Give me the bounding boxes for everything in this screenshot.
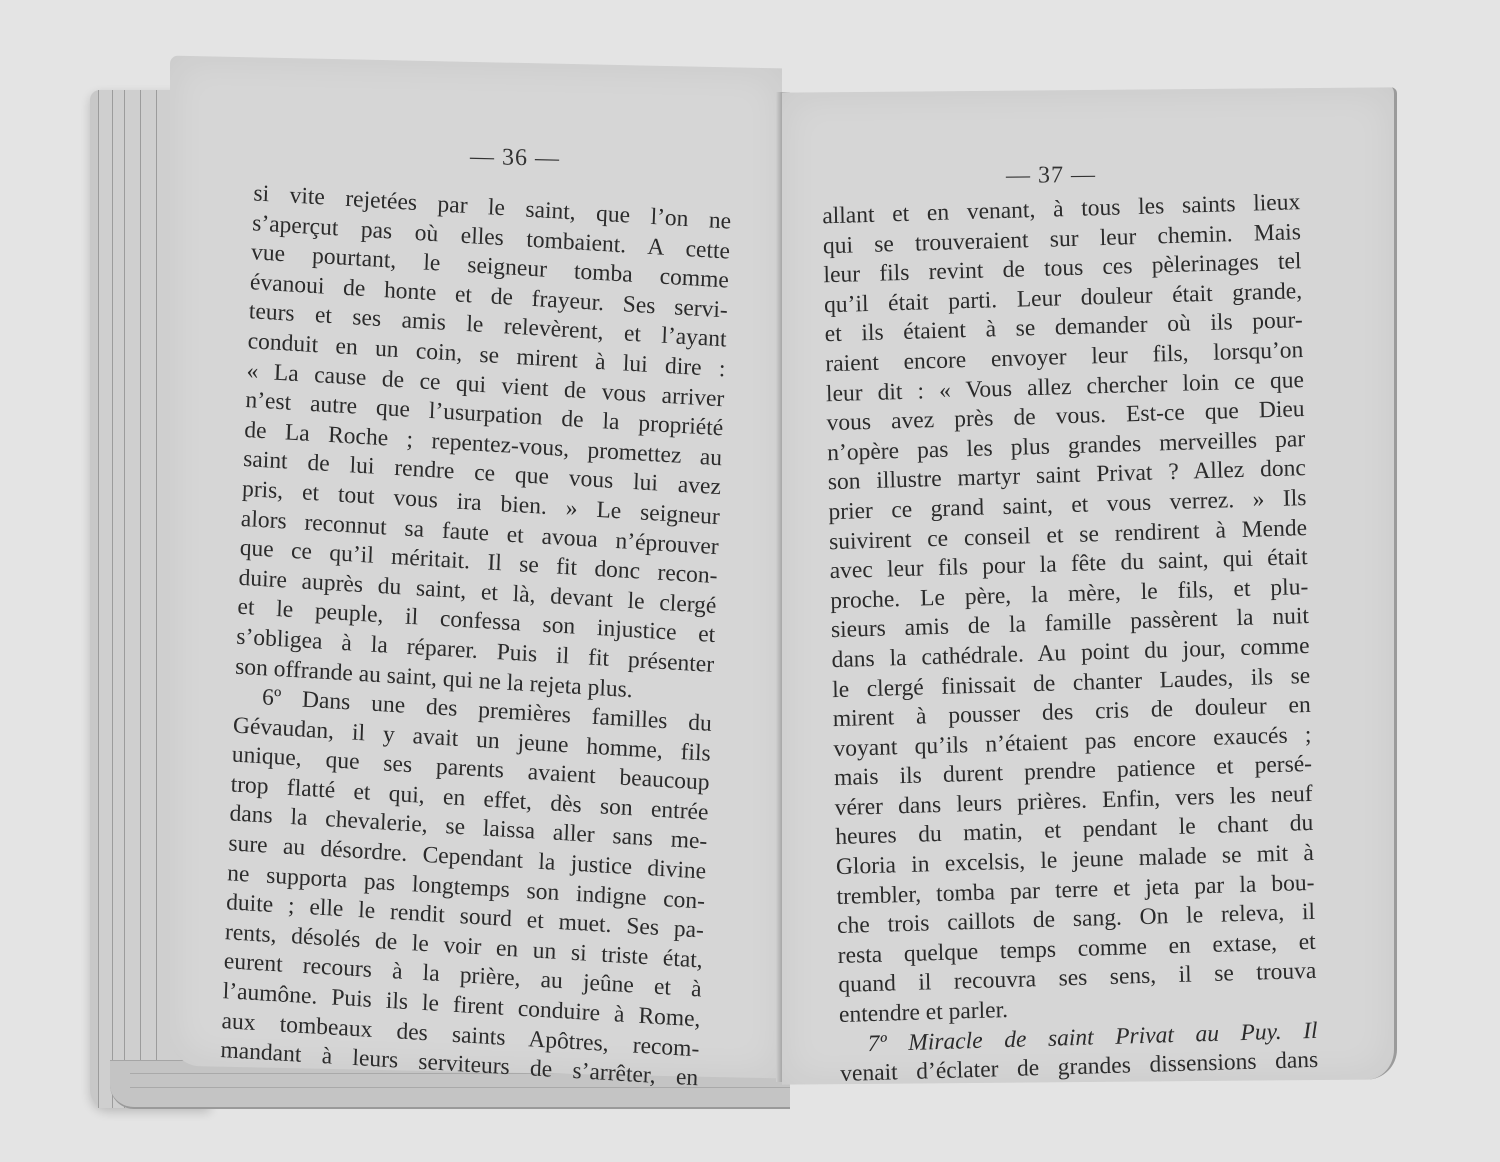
page-number: — 36 — <box>470 144 560 173</box>
page-number: — 37 — <box>1006 162 1096 190</box>
left-page: — 36 — si vite rejetées par le saint, qu… <box>170 56 782 1079</box>
right-page-text: allant et en venant, à tous les saints l… <box>822 188 1318 1090</box>
left-page-text: si vite rejetées par le saint, que l’on … <box>220 179 732 1094</box>
right-page: — 37 — allant et en venant, à tous les s… <box>782 87 1397 1084</box>
book-scan: — 36 — si vite rejetées par le saint, qu… <box>0 0 1500 1162</box>
